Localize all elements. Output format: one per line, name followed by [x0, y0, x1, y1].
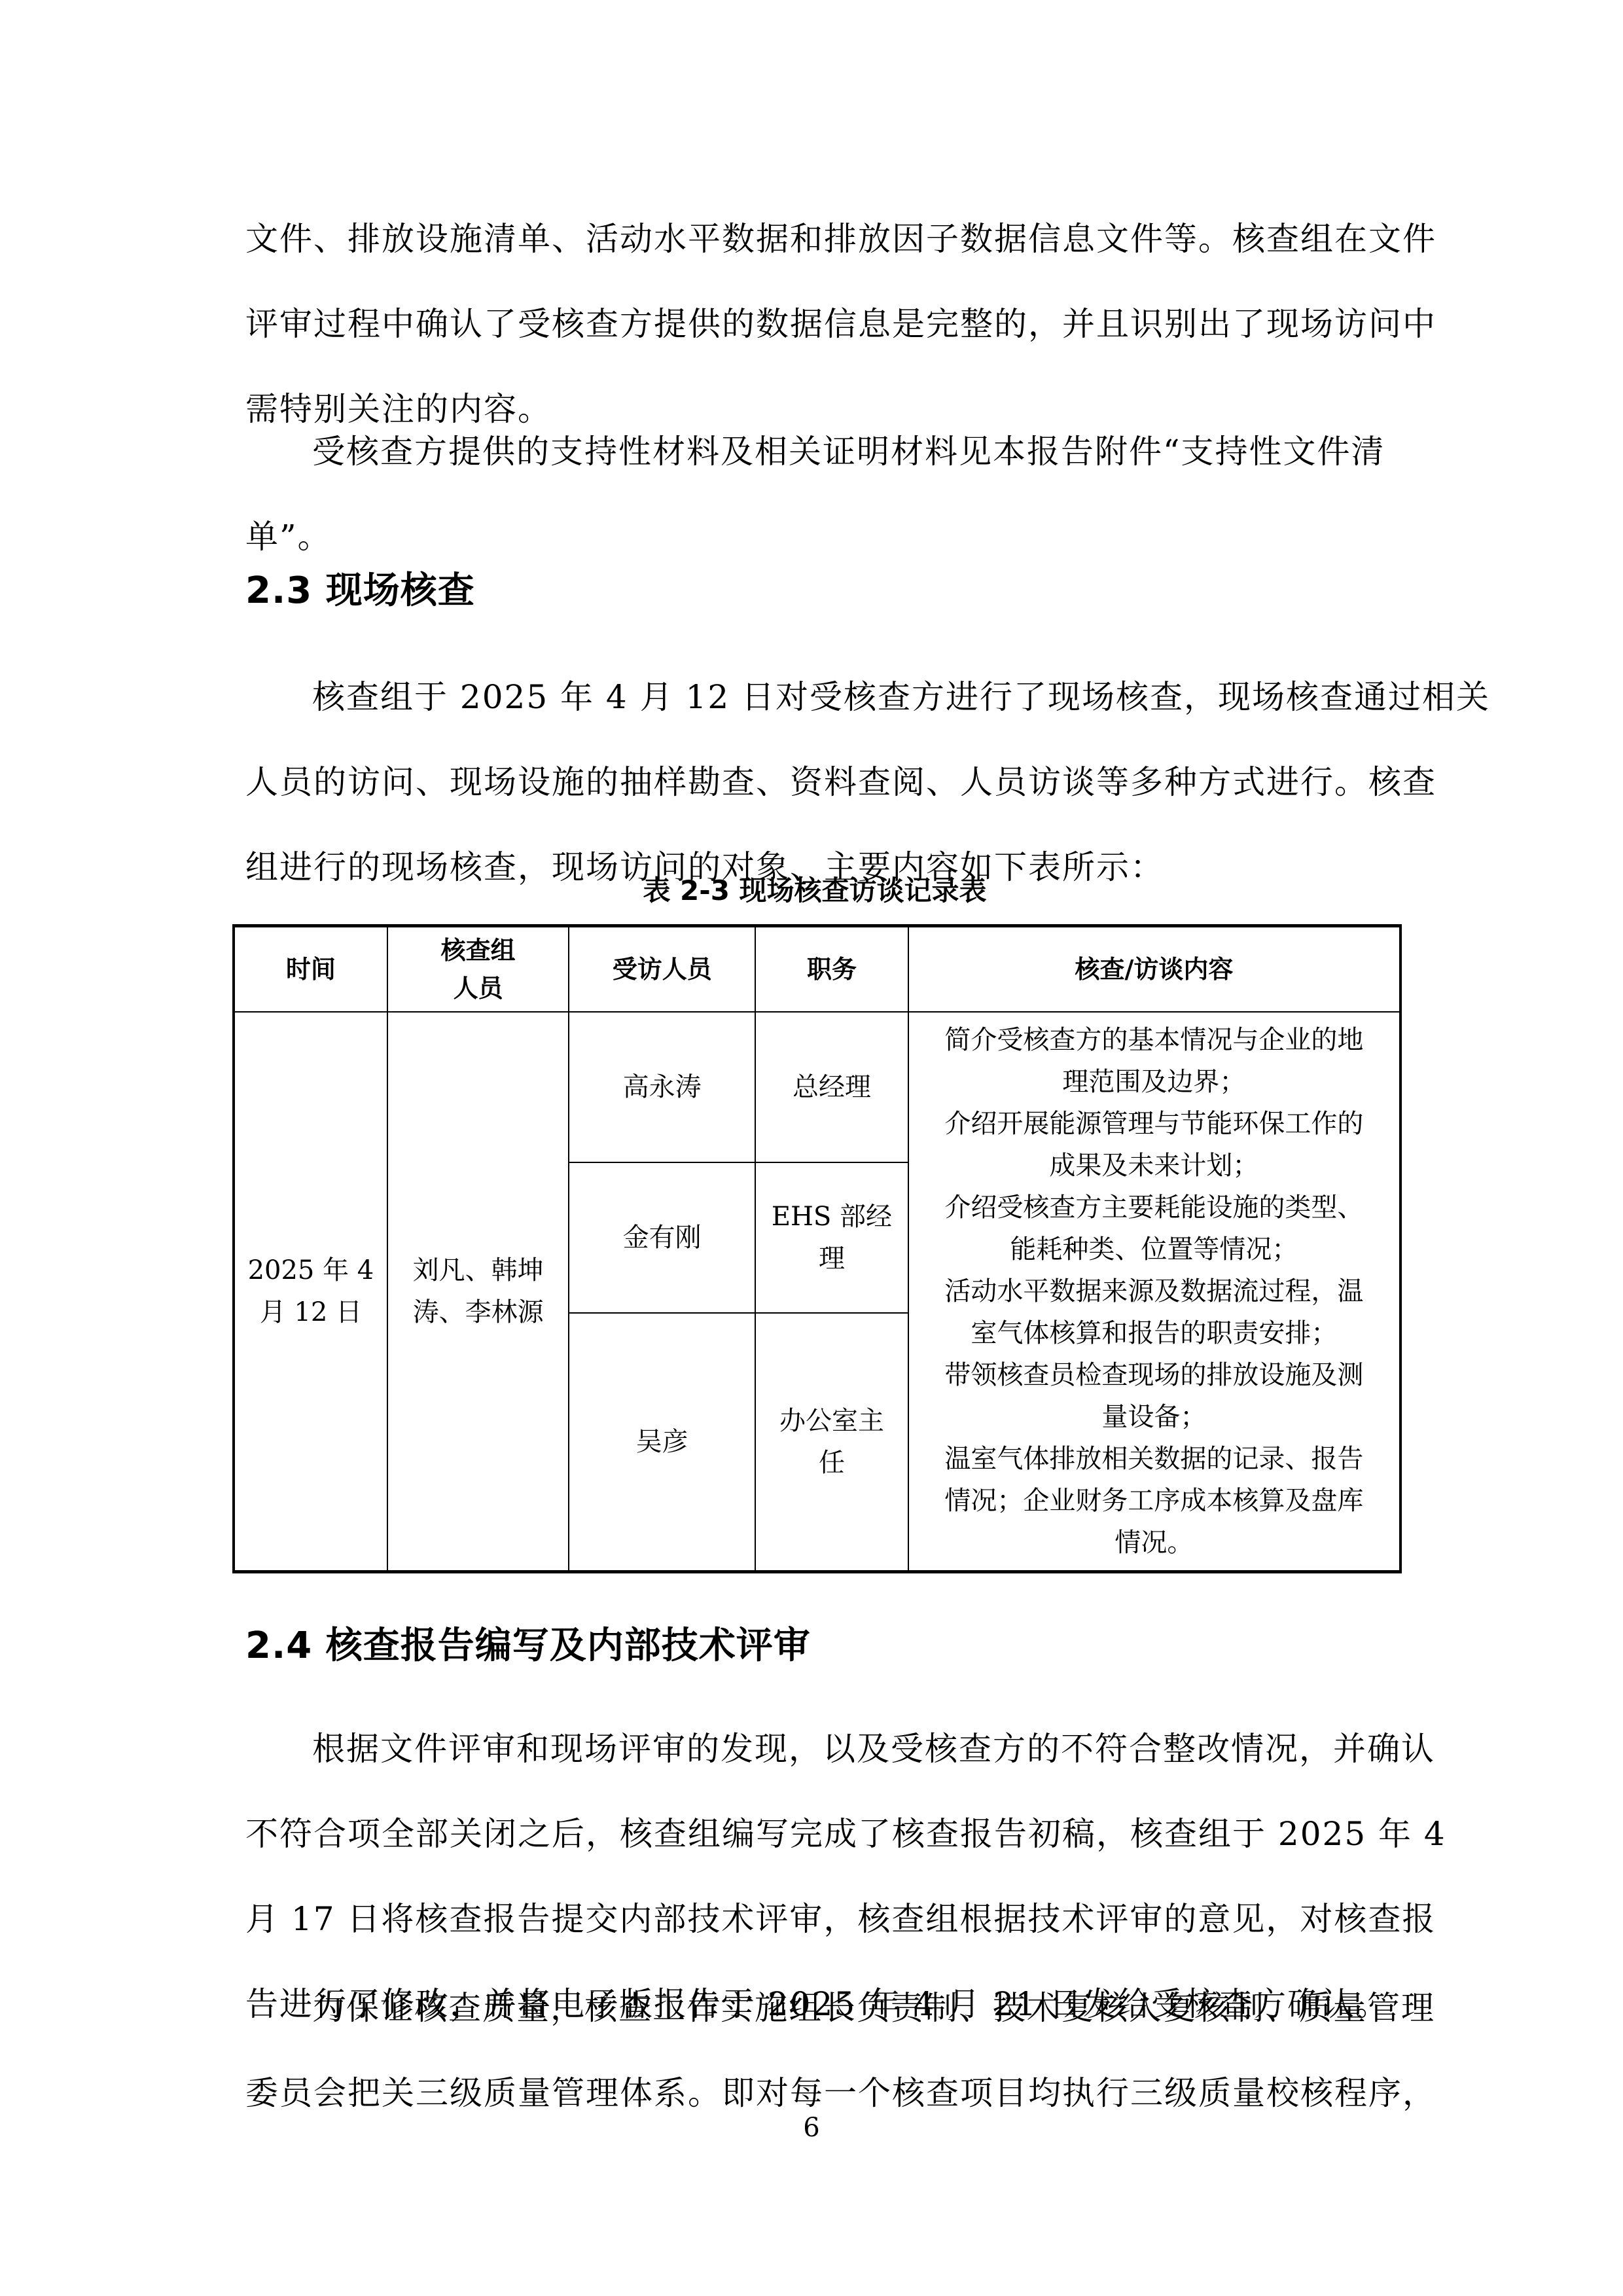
text-line: 为保证核查质量，核查工作实施组长负责制、技术复核人复核制、质量管理	[245, 1965, 1384, 2051]
content-line: 温室气体排放相关数据的记录、报告	[917, 1438, 1391, 1480]
position-line: 任	[764, 1442, 900, 1484]
interview-record-table: 时间 核查组 人员 受访人员 职务 核查/访谈内容 2025 年 4 月 12 …	[232, 924, 1402, 1573]
header-time: 时间	[234, 926, 387, 1013]
content-line: 理范围及边界；	[917, 1061, 1391, 1103]
content-line: 情况。	[917, 1522, 1391, 1564]
position-line: 办公室主	[764, 1400, 900, 1442]
position-cell: 办公室主 任	[755, 1313, 908, 1571]
position-cell: 总经理	[755, 1012, 908, 1162]
header-content: 核查/访谈内容	[908, 926, 1400, 1013]
section-2-4-paragraph-2: 为保证核查质量，核查工作实施组长负责制、技术复核人复核制、质量管理 委员会把关三…	[245, 1965, 1384, 2136]
content-line: 介绍开展能源管理与节能环保工作的	[917, 1103, 1391, 1145]
table-caption: 表 2-3 现场核查访谈记录表	[245, 869, 1384, 908]
content-line: 量设备；	[917, 1396, 1391, 1438]
text-line: 月 17 日将核查报告提交内部技术评审，核查组根据技术评审的意见，对核查报	[245, 1876, 1384, 1962]
text-line: 评审过程中确认了受核查方提供的数据信息是完整的，并且识别出了现场访问中	[245, 281, 1384, 367]
time-cell: 2025 年 4 月 12 日	[234, 1012, 387, 1571]
text-line: 核查组于 2025 年 4 月 12 日对受核查方进行了现场核查，现场核查通过相…	[245, 655, 1384, 740]
text-line: 不符合项全部关闭之后，核查组编写完成了核查报告初稿，核查组于 2025 年 4	[245, 1791, 1384, 1876]
content-line: 能耗种类、位置等情况；	[917, 1229, 1391, 1270]
page-number: 6	[0, 2113, 1623, 2143]
header-interviewee: 受访人员	[569, 926, 755, 1013]
position-line: EHS 部经	[764, 1196, 900, 1238]
support-paragraph: 受核查方提供的支持性材料及相关证明材料见本报告附件“支持性文件清 单”。	[245, 409, 1384, 579]
section-heading-2-4: 2.4 核查报告编写及内部技术评审	[245, 1617, 811, 1669]
text-line: 根据文件评审和现场评审的发现，以及受核查方的不符合整改情况，并确认	[245, 1706, 1384, 1791]
header-position: 职务	[755, 926, 908, 1013]
position-line: 总经理	[764, 1066, 900, 1108]
content-line: 带领核查员检查现场的排放设施及测	[917, 1354, 1391, 1396]
time-line: 2025 年 4	[243, 1249, 379, 1291]
header-team-line: 人员	[396, 969, 560, 1007]
text-line: 人员的访问、现场设施的抽样勘查、资料查阅、人员访谈等多种方式进行。核查	[245, 740, 1384, 825]
section-heading-2-3: 2.3 现场核查	[245, 562, 475, 614]
content-line: 情况；企业财务工序成本核算及盘库	[917, 1480, 1391, 1522]
position-cell: EHS 部经 理	[755, 1162, 908, 1313]
interviewee-cell: 金有刚	[569, 1162, 755, 1313]
time-line: 月 12 日	[243, 1291, 379, 1333]
content-line: 室气体核算和报告的职责安排；	[917, 1312, 1391, 1354]
interviewee-cell: 高永涛	[569, 1012, 755, 1162]
header-team: 核查组 人员	[387, 926, 569, 1013]
team-cell: 刘凡、韩坤 涛、李林源	[387, 1012, 569, 1571]
content-line: 活动水平数据来源及数据流过程，温	[917, 1270, 1391, 1312]
team-line: 涛、李林源	[396, 1291, 560, 1333]
header-team-line: 核查组	[396, 931, 560, 969]
interviewee-cell: 吴彦	[569, 1313, 755, 1571]
text-line: 文件、排放设施清单、活动水平数据和排放因子数据信息文件等。核查组在文件	[245, 196, 1384, 281]
table-row: 2025 年 4 月 12 日 刘凡、韩坤 涛、李林源 高永涛 总经理 简介受核…	[234, 1012, 1400, 1162]
team-line: 刘凡、韩坤	[396, 1249, 560, 1291]
table-header-row: 时间 核查组 人员 受访人员 职务 核查/访谈内容	[234, 926, 1400, 1013]
content-line: 简介受核查方的基本情况与企业的地	[917, 1019, 1391, 1061]
content-line: 成果及未来计划；	[917, 1145, 1391, 1187]
text-line: 受核查方提供的支持性材料及相关证明材料见本报告附件“支持性文件清	[245, 409, 1384, 494]
content-cell: 简介受核查方的基本情况与企业的地 理范围及边界； 介绍开展能源管理与节能环保工作…	[908, 1012, 1400, 1571]
position-line: 理	[764, 1238, 900, 1280]
content-line: 介绍受核查方主要耗能设施的类型、	[917, 1187, 1391, 1229]
document-page: 文件、排放设施清单、活动水平数据和排放因子数据信息文件等。核查组在文件 评审过程…	[0, 0, 1623, 2296]
